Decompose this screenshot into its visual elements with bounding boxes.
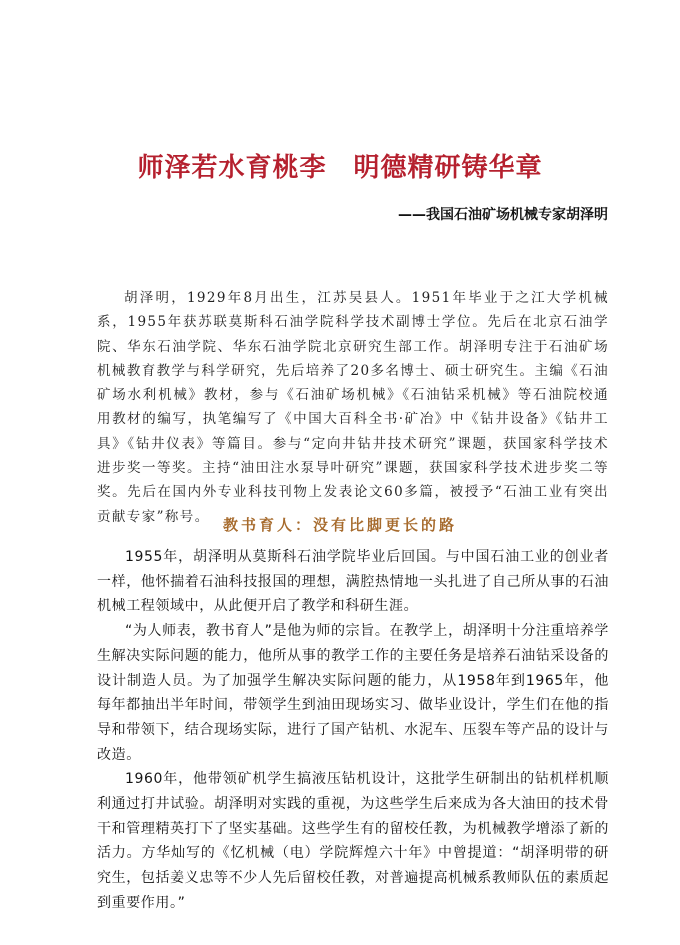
article-subtitle: ——我国石油矿场机械专家胡泽明 bbox=[398, 204, 608, 224]
section-paragraph-1: 1955年，胡泽明从莫斯科石油学院毕业后回国。与中国石油工业的创业者一样，他怀揣… bbox=[97, 545, 609, 619]
section-body: 1955年，胡泽明从莫斯科石油学院毕业后回国。与中国石油工业的创业者一样，他怀揣… bbox=[97, 545, 609, 916]
section-paragraph-2: “为人师表，教书育人”是他为师的宗旨。在教学上，胡泽明十分注重培养学生解决实际问… bbox=[97, 619, 609, 767]
intro-paragraph: 胡泽明，1929年8月出生，江苏吴县人。1951年毕业于之江大学机械系，1955… bbox=[97, 286, 609, 529]
document-page: 师泽若水育桃李 明德精研铸华章 ——我国石油矿场机械专家胡泽明 胡泽明，1929… bbox=[0, 0, 680, 945]
intro-block: 胡泽明，1929年8月出生，江苏吴县人。1951年毕业于之江大学机械系，1955… bbox=[97, 286, 609, 529]
article-title: 师泽若水育桃李 明德精研铸华章 bbox=[0, 147, 680, 184]
section-heading: 教书育人：没有比脚更长的路 bbox=[0, 514, 680, 535]
section-paragraph-3: 1960年，他带领矿机学生搞液压钻机设计，这批学生研制出的钻机样机顺利通过打井试… bbox=[97, 767, 609, 915]
